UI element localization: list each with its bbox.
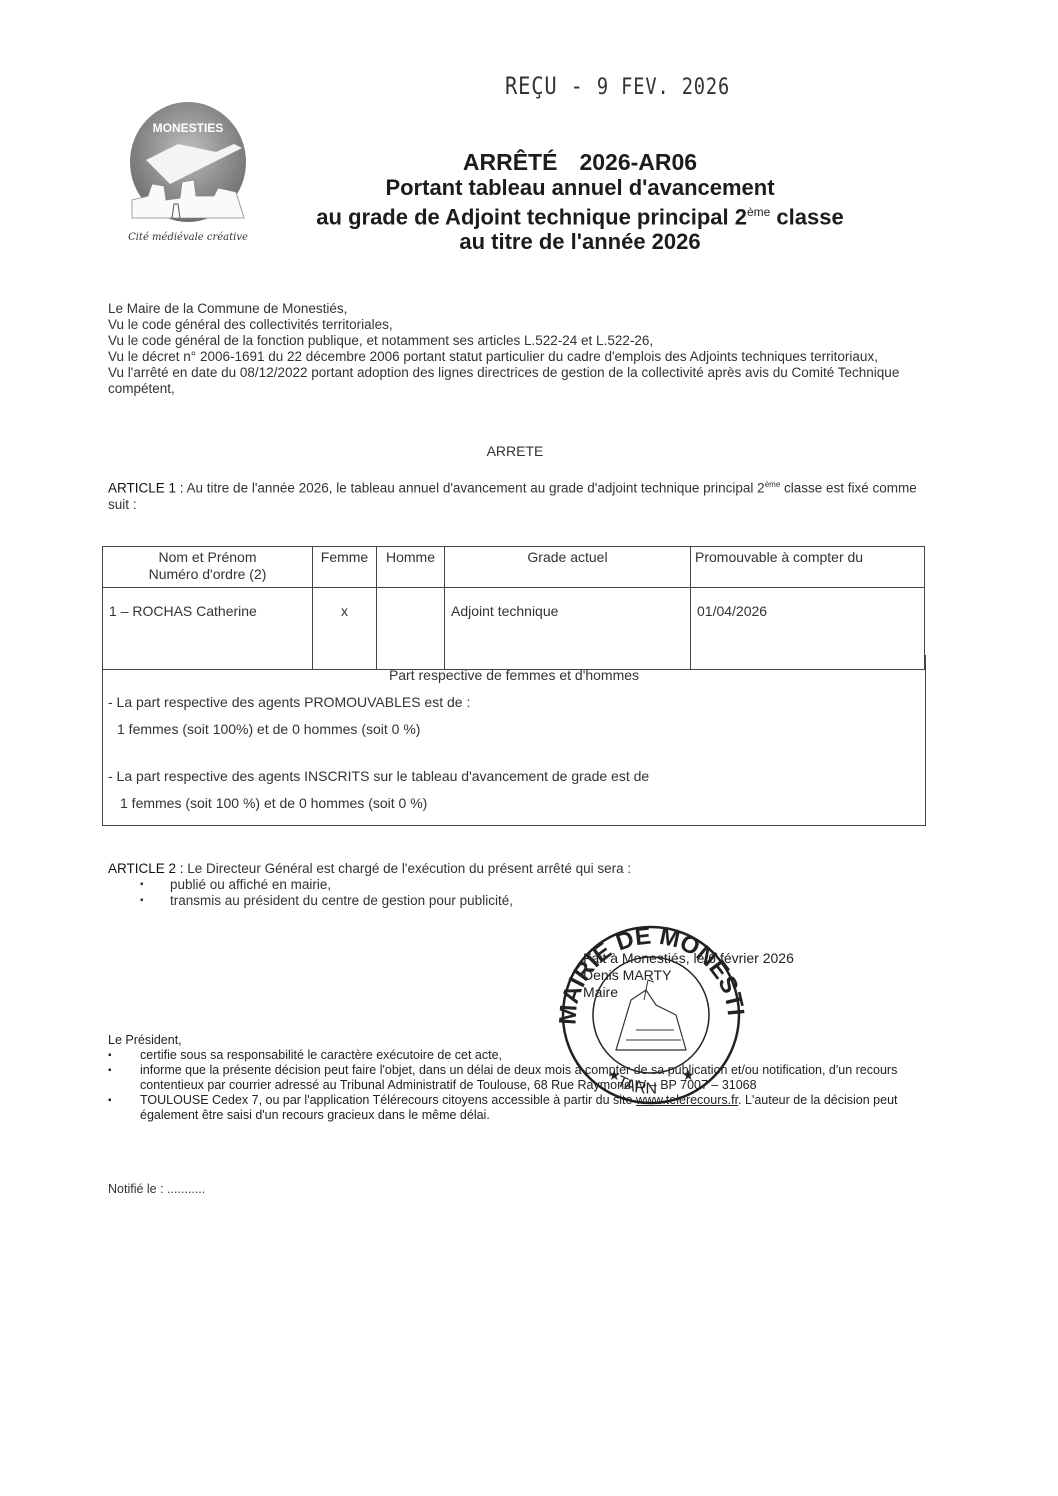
table-header-row: Nom et PrénomNuméro d'ordre (2) Femme Ho… [103, 547, 925, 588]
gender-shares-box: Part respective de femmes et d'hommes - … [102, 655, 926, 826]
title-line-2: Portant tableau annuel d'avancement [270, 175, 890, 200]
title-line-4: au titre de l'année 2026 [270, 229, 890, 254]
advancement-table: Nom et PrénomNuméro d'ordre (2) Femme Ho… [102, 546, 925, 670]
title-line-3: au grade de Adjoint technique principal … [270, 200, 890, 229]
preamble-line: Vu le décret n° 2006-1691 du 22 décembre… [108, 349, 920, 365]
telerecours-link[interactable]: www.telerecours.fr [636, 1093, 738, 1107]
president-item: informe que la présente décision peut fa… [108, 1063, 923, 1093]
shares-heading: Part respective de femmes et d'hommes [103, 667, 925, 683]
inscrits-value: 1 femmes (soit 100 %) et de 0 hommes (so… [120, 795, 427, 811]
svg-text:Cité médiévale créative: Cité médiévale créative [128, 232, 248, 243]
arrete-number: 2026-AR06 [579, 149, 697, 175]
svg-text:MONESTIES: MONESTIES [153, 121, 224, 135]
preamble-line: Le Maire de la Commune de Monestiés, [108, 301, 920, 317]
article-1: ARTICLE 1 : Au titre de l'année 2026, le… [108, 477, 920, 513]
preamble-line: Vu le code général de la fonction publiq… [108, 333, 920, 349]
article-2-item: transmis au président du centre de gesti… [140, 893, 920, 909]
header-homme: Homme [377, 547, 445, 588]
received-stamp: REÇU - 9 FEV. 2026 [505, 72, 730, 100]
notification-line: Notifié le : ........... [108, 1182, 205, 1196]
signatory-name: Denis MARTY [583, 967, 794, 984]
article-2-label: ARTICLE 2 : [108, 861, 184, 876]
received-label: REÇU - [505, 72, 584, 100]
president-item: TOULOUSE Cedex 7, ou par l'application T… [108, 1093, 923, 1123]
preamble-line: Vu le code général des collectivités ter… [108, 317, 920, 333]
signature-place-date: Fait à Monestiés, le 6 février 2026 [583, 950, 794, 967]
promouvables-label: - La part respective des agents PROMOUVA… [108, 694, 470, 710]
header-promouvable: Promouvable à compter du [691, 547, 925, 588]
header-femme: Femme [313, 547, 377, 588]
preamble: Le Maire de la Commune de Monestiés, Vu … [108, 301, 920, 397]
preamble-line: Vu l'arrêté en date du 08/12/2022 portan… [108, 365, 920, 397]
president-certification: Le Président, certifie sous sa responsab… [108, 1033, 923, 1123]
article-1-label: ARTICLE 1 : [108, 481, 184, 496]
signature-block: Fait à Monestiés, le 6 février 2026 Deni… [583, 950, 794, 1001]
signatory-role: Maire [583, 984, 794, 1001]
arrete-heading: ARRETE [0, 443, 1030, 459]
document-title: ARRÊTÉ2026-AR06 Portant tableau annuel d… [270, 150, 890, 254]
received-date: 9 FEV. 2026 [597, 75, 730, 100]
president-item: certifie sous sa responsabilité le carac… [108, 1048, 923, 1063]
inscrits-label: - La part respective des agents INSCRITS… [108, 768, 649, 784]
president-heading: Le Président, [108, 1033, 923, 1048]
article-2: ARTICLE 2 : Le Directeur Général est cha… [108, 861, 920, 909]
header-grade: Grade actuel [445, 547, 691, 588]
header-name: Nom et PrénomNuméro d'ordre (2) [103, 547, 313, 588]
title-arrete: ARRÊTÉ [463, 149, 558, 175]
town-logo: MONESTIES Cité médiévale créative [118, 100, 258, 250]
article-2-item: publié ou affiché en mairie, [140, 877, 920, 893]
promouvables-value: 1 femmes (soit 100%) et de 0 hommes (soi… [117, 721, 420, 737]
